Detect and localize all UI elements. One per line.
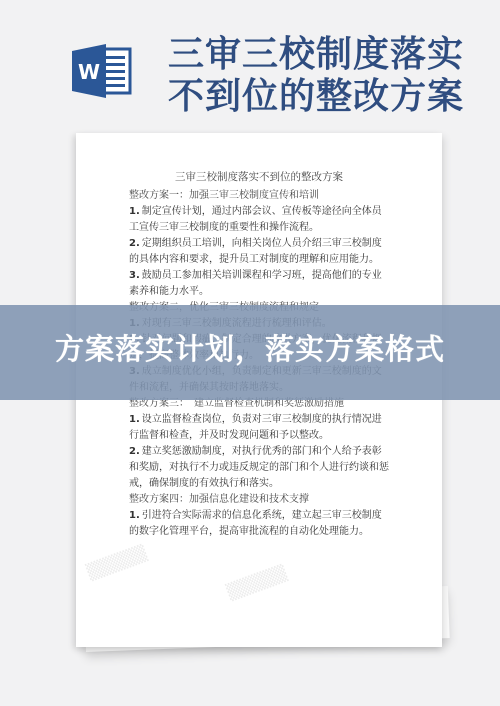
list-item: 1.引进符合实际需求的信息化系统，建立起三审三校制度的数字化管理平台，提高审批流… [129, 508, 389, 540]
watermark: ▒▒▒▒▒ [225, 563, 289, 602]
list-item: 1.设立监督检查岗位，负责对三审三校制度的执行情况进行监督和检查，并及时发现问题… [129, 412, 389, 444]
title-line-1: 三审三校制度落实 [168, 33, 468, 75]
section-3: 整改方案三： 建立监督检查机制和奖惩激励措施 1.设立监督检查岗位，负责对三审三… [129, 396, 389, 492]
page-title: 三审三校制度落实 不到位的整改方案 [168, 33, 468, 117]
section-1: 整改方案一：加强三审三校制度宣传和培训 1.制定宣传计划，通过内部会议、宣传板等… [129, 188, 389, 300]
banner-title: 方案落实计划，落实方案格式 [55, 327, 445, 368]
title-line-2: 不到位的整改方案 [168, 75, 468, 117]
document-title: 三审三校制度落实不到位的整改方案 [129, 169, 389, 185]
watermark: ▒▒▒▒▒ [85, 543, 149, 582]
list-item: 2.定期组织员工培训，向相关岗位人员介绍三审三校制度的具体内容和要求，提升员工对… [129, 236, 389, 268]
list-item: 3.鼓励员工参加相关培训课程和学习班，提高他们的专业素养和能力水平。 [129, 268, 389, 300]
svg-text:W: W [78, 60, 100, 84]
section-4: 整改方案四：加强信息化建设和技术支撑 1.引进符合实际需求的信息化系统，建立起三… [129, 492, 389, 540]
list-item: 2.建立奖惩激励制度，对执行优秀的部门和个人给予表彰和奖励，对执行不力或违反规定… [129, 444, 389, 492]
section-heading: 整改方案四：加强信息化建设和技术支撑 [129, 492, 389, 508]
word-document-icon: W [70, 43, 134, 99]
overlay-banner: 方案落实计划，落实方案格式 [0, 305, 500, 400]
header: W 三审三校制度落实 不到位的整改方案 [0, 0, 500, 120]
section-heading: 整改方案一：加强三审三校制度宣传和培训 [129, 188, 389, 204]
list-item: 1.制定宣传计划，通过内部会议、宣传板等途径向全体员工宣传三审三校制度的重要性和… [129, 204, 389, 236]
